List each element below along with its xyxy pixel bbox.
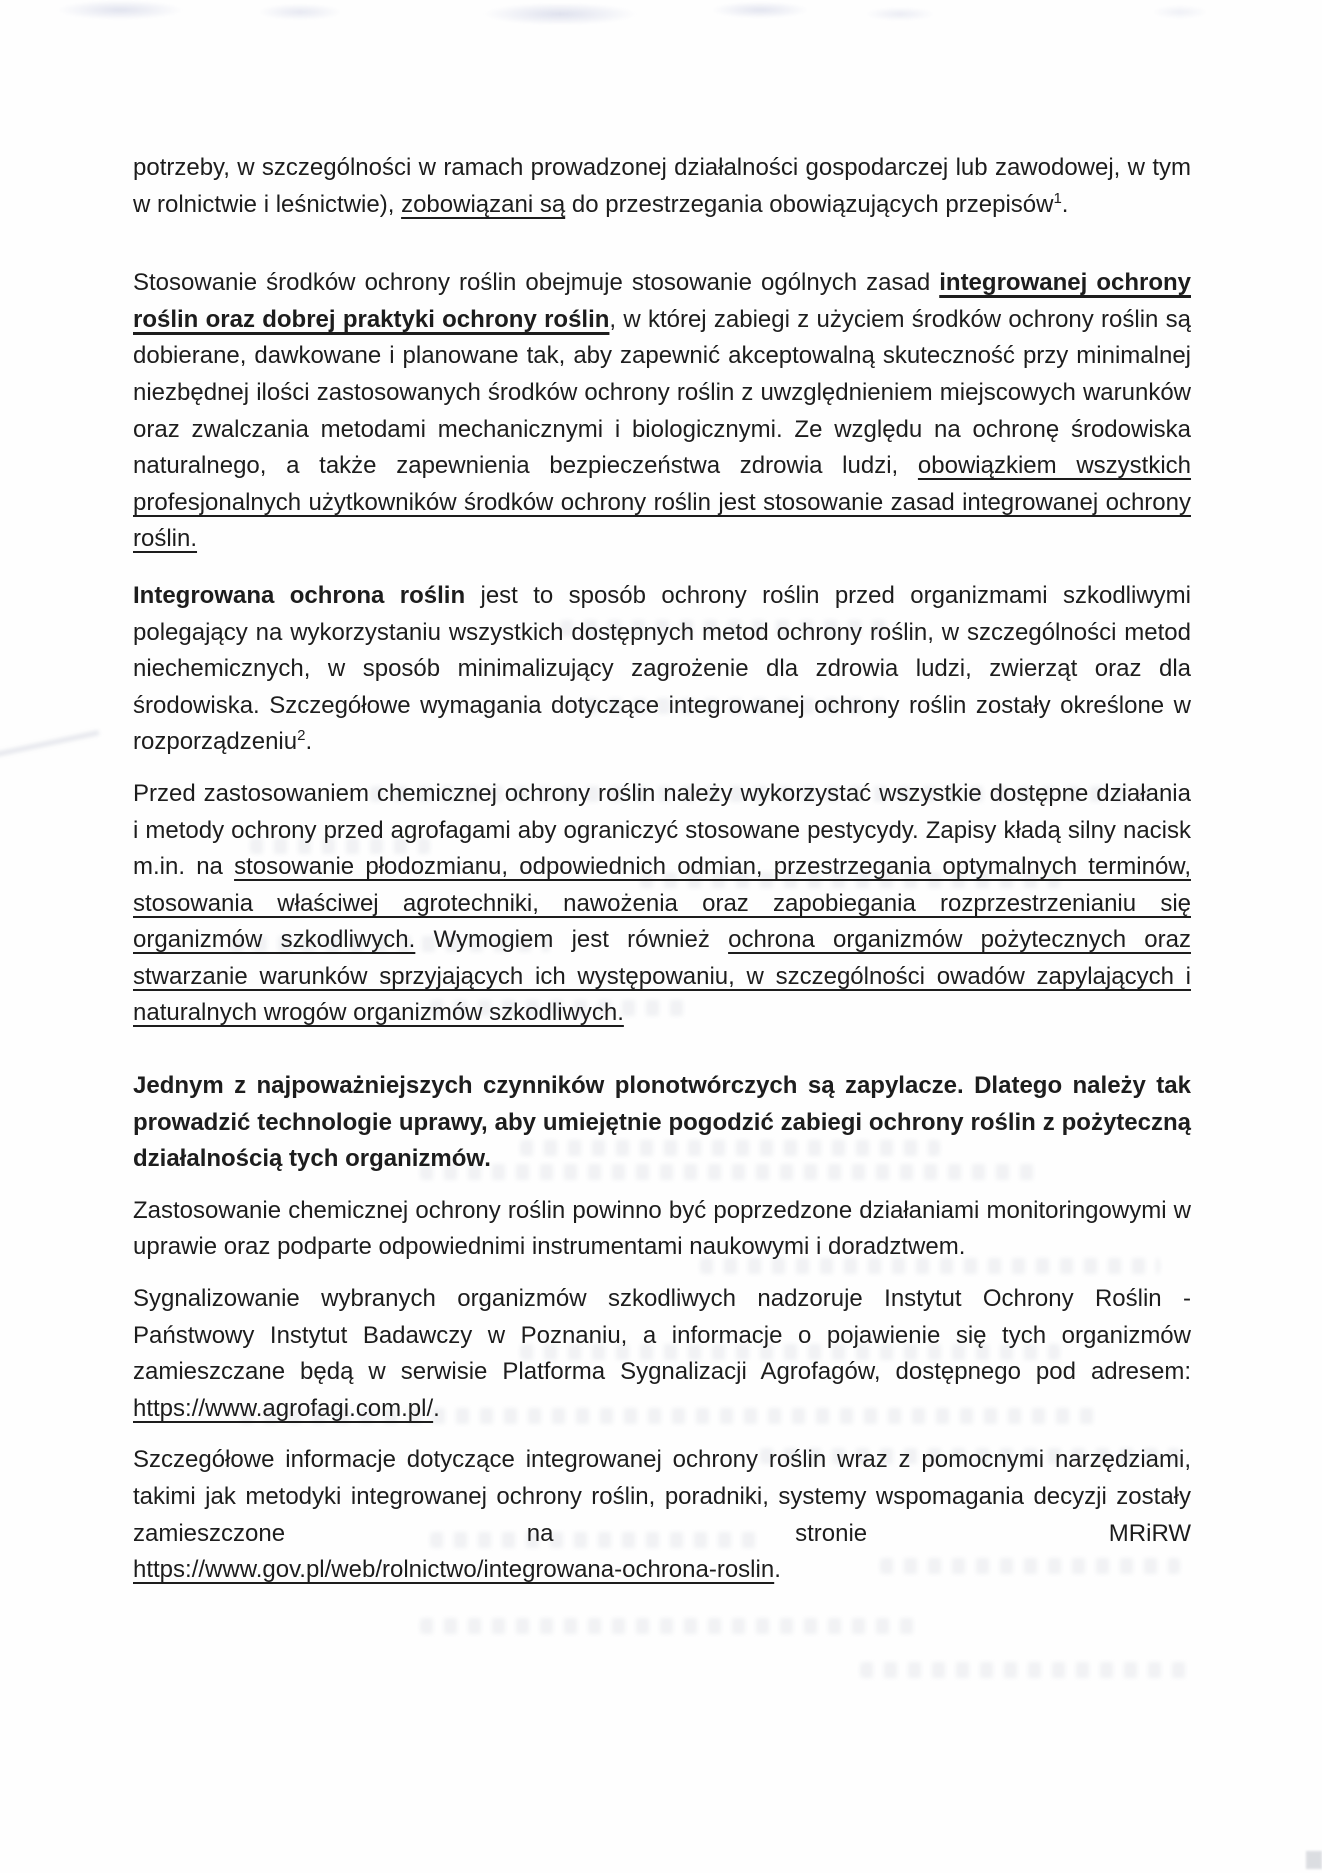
document-link[interactable]: https://www.agrofagi.com.pl/: [133, 1395, 433, 1422]
paragraph-przed-zastosowaniem: Przed zastosowaniem chemicznej ochrony r…: [133, 776, 1191, 1032]
document-link[interactable]: https://www.gov.pl/web/rolnictwo/integro…: [133, 1556, 774, 1583]
scan-artifact-top-edge: [0, 0, 1322, 44]
text-segment: Szczegółowe informacje dotyczące integro…: [133, 1446, 1191, 1546]
text-segment: .: [774, 1556, 781, 1583]
paragraph-line: https://www.gov.pl/web/rolnictwo/integro…: [133, 1552, 1191, 1589]
text-segment: do przestrzegania obowiązujących przepis…: [565, 191, 1053, 218]
text-segment: Stosowanie środków ochrony roślin obejmu…: [133, 269, 939, 296]
paragraph-szczegolowe-informacje: Szczegółowe informacje dotyczące integro…: [133, 1442, 1191, 1588]
paragraph-monitoring: Zastosowanie chemicznej ochrony roślin p…: [133, 1193, 1191, 1266]
paragraph-integrowana-ochrona: Integrowana ochrona roślin jest to sposó…: [133, 578, 1191, 761]
text-segment: Integrowana ochrona roślin: [133, 582, 465, 609]
text-segment: Sygnalizowanie wybranych organizmów szko…: [133, 1285, 1191, 1385]
paragraph-stosowanie-srodkow: Stosowanie środków ochrony roślin obejmu…: [133, 265, 1191, 558]
text-segment: Wymogiem jest również: [415, 926, 728, 953]
text-segment: .: [1062, 191, 1069, 218]
paragraph-przepisy: potrzeby, w szczególności w ramach prowa…: [133, 150, 1191, 223]
paragraph-zapylacze: Jednym z najpoważniejszych czynników plo…: [133, 1068, 1191, 1178]
text-segment: zobowiązani są: [401, 191, 565, 218]
paragraph-line: Szczegółowe informacje dotyczące integro…: [133, 1442, 1191, 1552]
text-segment: Zastosowanie chemicznej ochrony roślin p…: [133, 1197, 1191, 1261]
scanned-document-page: potrzeby, w szczególności w ramach prowa…: [0, 0, 1322, 1873]
scan-artifact-ghost-row: [860, 1662, 1190, 1678]
text-segment: .: [433, 1395, 440, 1422]
footnote-marker: 1: [1053, 190, 1061, 207]
text-segment: .: [305, 728, 312, 755]
text-segment: Jednym z najpoważniejszych czynników plo…: [133, 1072, 1191, 1172]
paragraph-sygnalizowanie: Sygnalizowanie wybranych organizmów szko…: [133, 1281, 1191, 1427]
scan-artifact-ghost-row: [420, 1618, 920, 1634]
scan-artifact-corner: [1306, 1851, 1322, 1869]
scan-artifact-left-edge: [0, 731, 99, 758]
document-content: potrzeby, w szczególności w ramach prowa…: [133, 150, 1191, 1604]
